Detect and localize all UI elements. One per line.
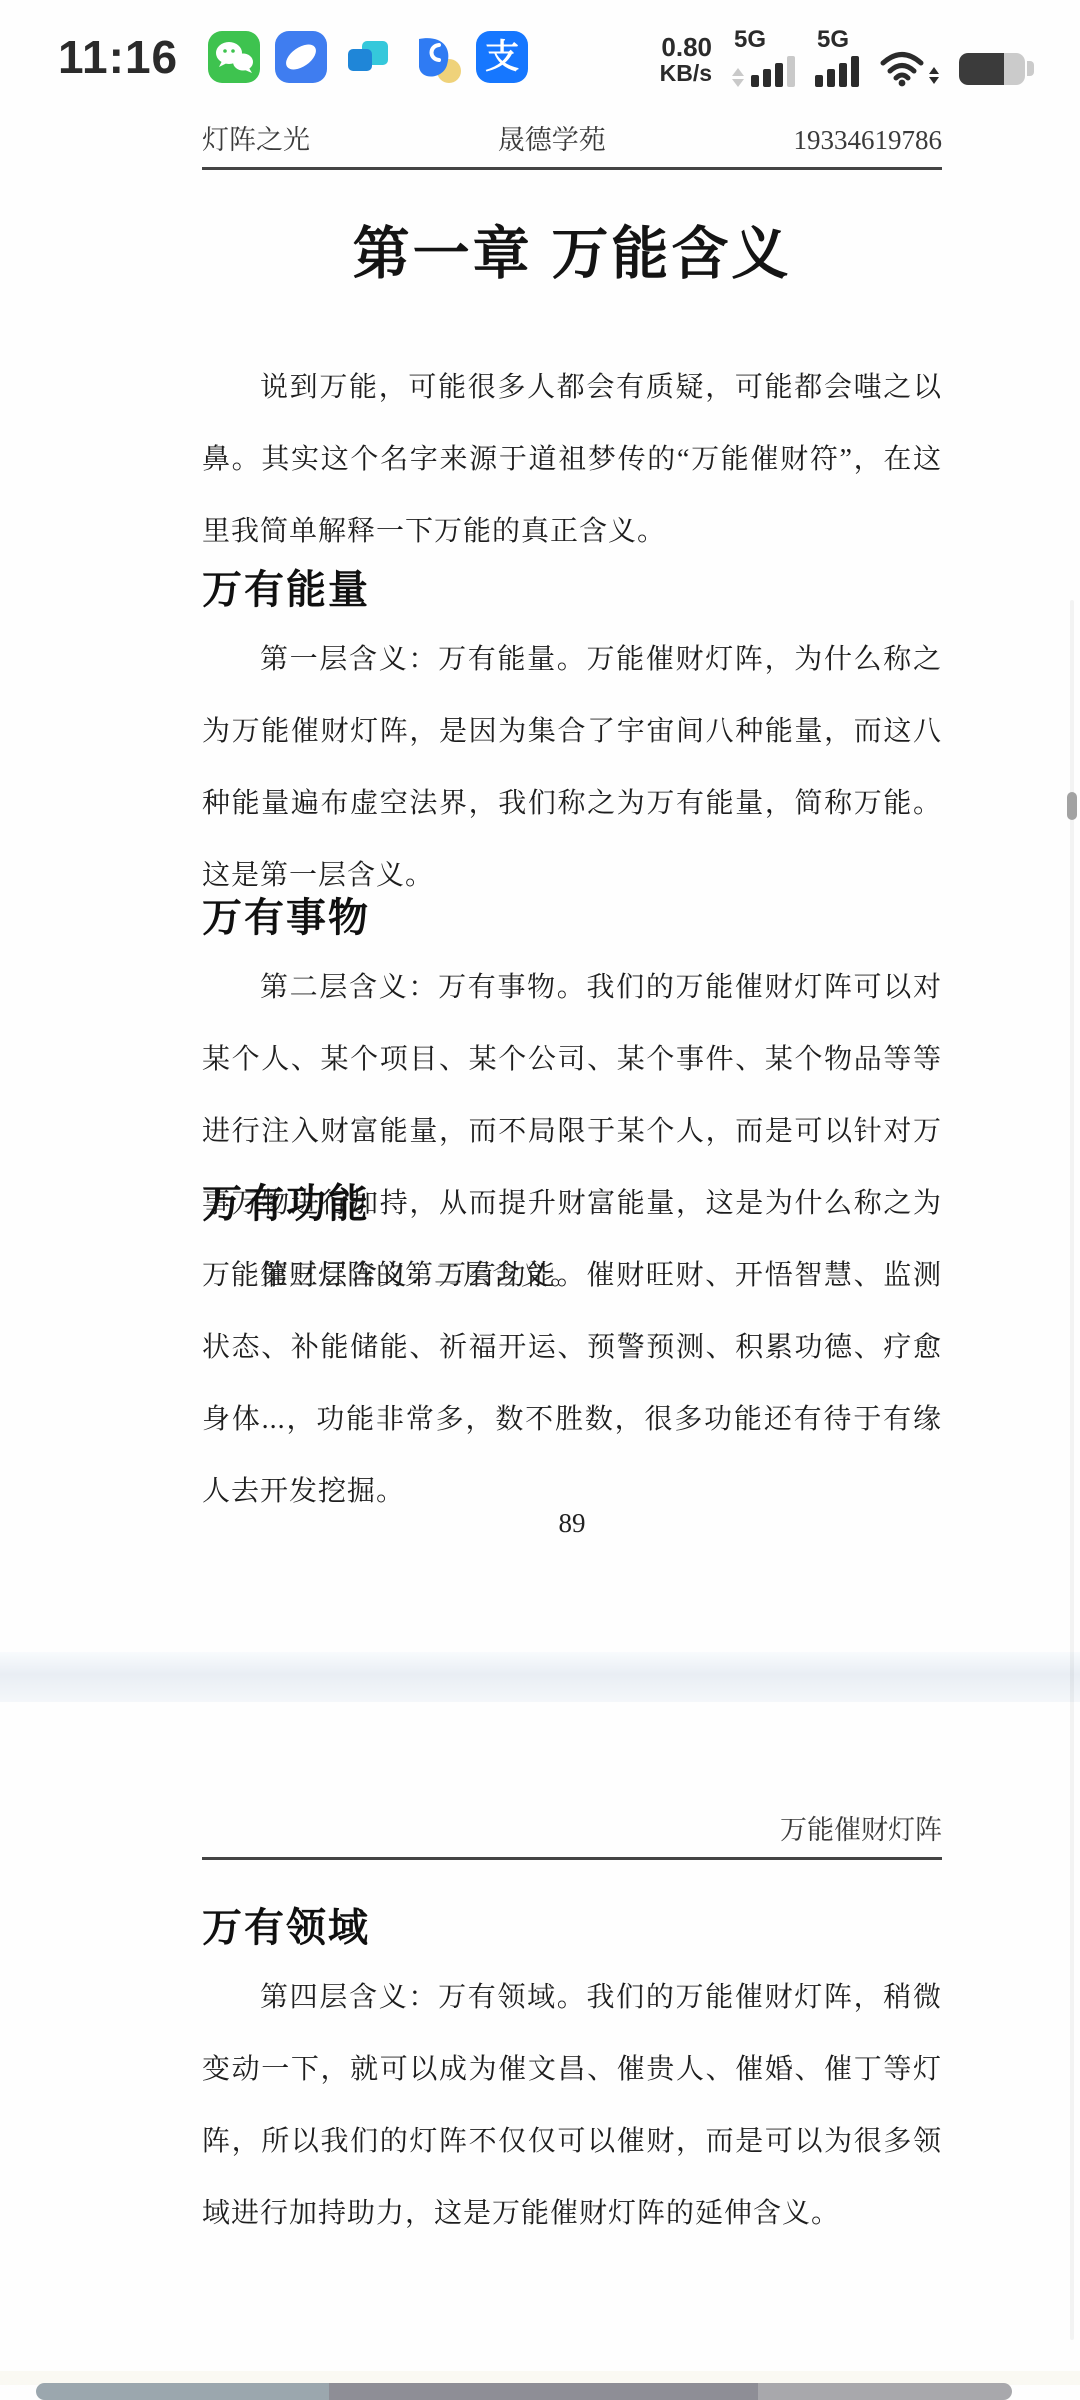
network-speed-unit: KB/s: [660, 61, 712, 86]
battery-fill: [959, 53, 1004, 85]
network-speed-value: 0.80: [661, 33, 712, 62]
browser-app-icon: [275, 31, 327, 83]
document-viewer[interactable]: 灯阵之光 晟德学苑 19334619786 第一章 万能含义 说到万能，可能很多…: [0, 100, 1080, 2400]
page-separator: [0, 1652, 1080, 1702]
alipay-glyph: 支: [485, 40, 519, 74]
sim1-signal-bars: [732, 56, 795, 87]
header-right-title: 万能催财灯阵: [780, 1808, 942, 1847]
page2-running-header: 万能催财灯阵: [202, 1808, 942, 1860]
section-paragraph-domains: 第四层含义：万有领域。我们的万能催财灯阵，稍微变动一下，就可以成为催文昌、催贵人…: [202, 1962, 942, 2250]
progress-segment-2: [329, 2383, 758, 2400]
page-number: 89: [202, 1508, 942, 1539]
wifi-activity-arrows-icon: [929, 67, 939, 84]
section-heading-energy: 万有能量: [202, 558, 370, 615]
chapter-title: 第一章 万能含义: [202, 208, 942, 290]
clock: 11:16: [58, 30, 178, 84]
wifi-indicator: [879, 49, 939, 87]
notification-icons: 支: [208, 31, 528, 83]
blue-app-with-badge-icon: [409, 31, 461, 83]
wifi-icon: [879, 49, 925, 87]
wechat-icon: [208, 31, 260, 83]
header-left: 灯阵之光: [202, 118, 310, 157]
network-speed: 0.80 KB/s: [660, 33, 712, 87]
data-activity-arrows-icon: [732, 68, 744, 87]
phone-screen: 11:16: [0, 0, 1080, 2400]
page1-running-header: 灯阵之光 晟德学苑 19334619786: [202, 118, 942, 170]
section-heading-domains: 万有领域: [202, 1896, 370, 1953]
intro-paragraph: 说到万能，可能很多人都会有质疑，可能都会嗤之以鼻。其实这个名字来源于道祖梦传的“…: [202, 352, 942, 568]
sim2-signal: 5G: [815, 28, 859, 87]
section-paragraph-functions: 第三层含义：万有功能。催财旺财、开悟智慧、监测状态、补能储能、祈福开运、预警预测…: [202, 1240, 942, 1528]
battery-indicator: [959, 53, 1034, 85]
sim2-signal-bars: [815, 56, 859, 87]
section-paragraph-energy: 第一层含义：万有能量。万能催财灯阵，为什么称之为万能催财灯阵，是因为集合了宇宙间…: [202, 624, 942, 912]
alipay-icon: 支: [476, 31, 528, 83]
battery-icon: [959, 53, 1025, 85]
section-heading-functions: 万有功能: [202, 1172, 370, 1229]
progress-segment-1: [36, 2383, 329, 2400]
header-right-phone: 19334619786: [794, 125, 943, 156]
header-center: 晟德学苑: [498, 118, 606, 157]
scrollbar-thumb[interactable]: [1067, 792, 1077, 820]
sim1-signal: 5G: [732, 28, 795, 87]
page-progress-bar[interactable]: [36, 2383, 1012, 2400]
overlapping-squares-app-icon: [342, 31, 394, 83]
progress-segment-3: [758, 2383, 1012, 2400]
sim2-label: 5G: [817, 28, 849, 52]
section-heading-things: 万有事物: [202, 886, 370, 943]
scrollbar-track[interactable]: [1070, 600, 1074, 2340]
sim1-label: 5G: [734, 28, 766, 52]
status-indicators: 0.80 KB/s 5G 5G: [660, 28, 1034, 87]
battery-nub: [1027, 61, 1034, 76]
status-bar: 11:16: [0, 0, 1080, 100]
